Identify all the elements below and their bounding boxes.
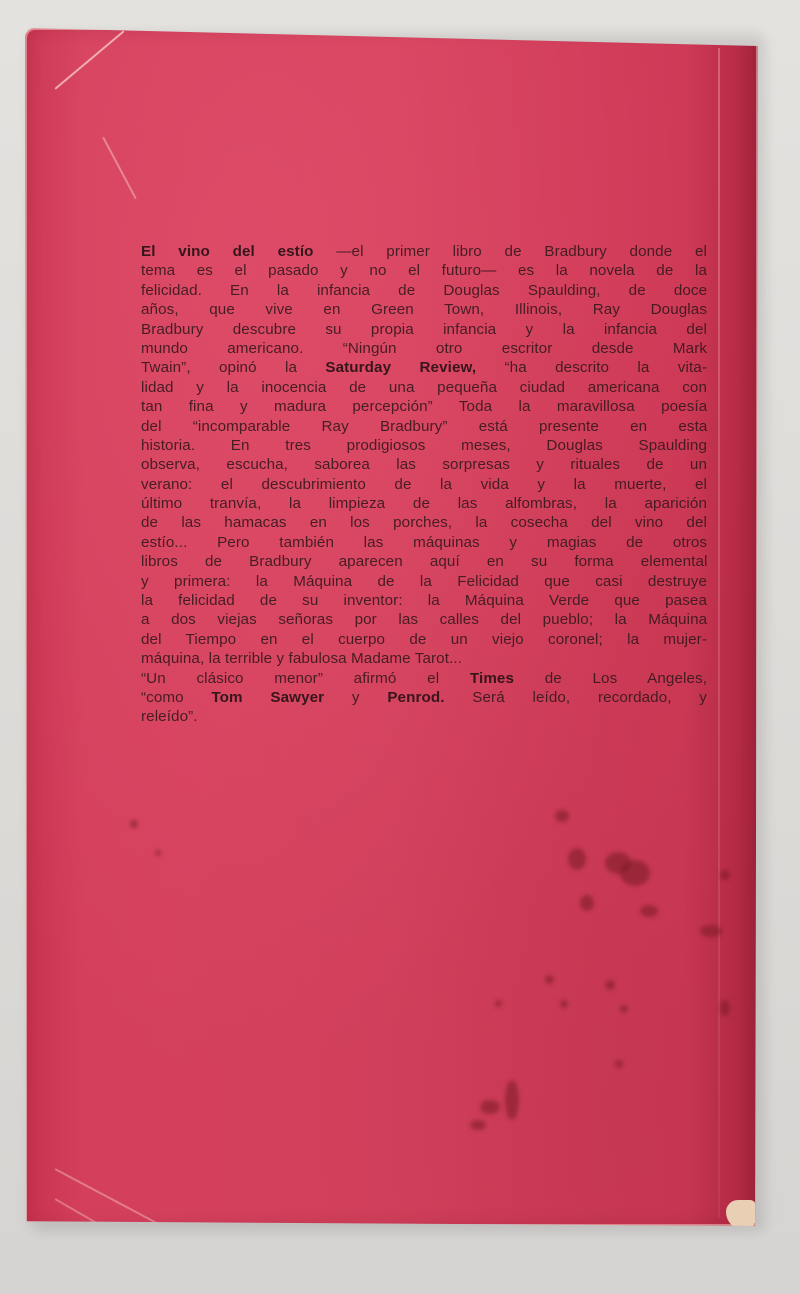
blurb-line: a dos viejas señoras por las calles del … (141, 610, 707, 629)
cover-crack (102, 137, 137, 200)
stain-spot (480, 1100, 500, 1114)
stain-spot (720, 870, 730, 880)
stain-spot (560, 1000, 568, 1008)
blurb-line: estío... Pero también las máquinas y mag… (141, 533, 707, 552)
blurb-line: y primera: la Máquina de la Felicidad qu… (141, 572, 707, 591)
blurb-bold-text: Times (470, 670, 514, 687)
worn-corner (726, 1200, 756, 1230)
stain-spot (720, 1000, 730, 1016)
blurb-line: historia. En tres prodigiosos meses, Dou… (141, 436, 707, 455)
blurb-text: tema es el pasado y no el futuro— es la … (141, 262, 707, 279)
book-back-cover: El vino del estío —el primer libro de Br… (25, 28, 758, 1226)
blurb-line: Bradbury descubre su propia infancia y l… (141, 320, 707, 339)
blurb-line: del “incomparable Ray Bradbury” está pre… (141, 417, 707, 436)
blurb-text: —el primer libro de Bradbury donde el (314, 243, 707, 260)
blurb-text: y primera: la Máquina de la Felicidad qu… (141, 573, 707, 590)
blurb-text: releído”. (141, 708, 198, 725)
blurb-line: la felicidad de su inventor: la Máquina … (141, 591, 707, 610)
blurb-line: años, que vive en Green Town, Illinois, … (141, 300, 707, 319)
blurb-line: El vino del estío —el primer libro de Br… (141, 242, 707, 261)
stain-spot (700, 925, 722, 937)
blurb-text: felicidad. En la infancia de Douglas Spa… (141, 282, 707, 299)
blurb-text: de las hamacas en los porches, la cosech… (141, 514, 707, 531)
stain-spot (580, 895, 594, 911)
blurb-text: máquina, la terrible y fabulosa Madame T… (141, 650, 462, 667)
blurb-line: de las hamacas en los porches, la cosech… (141, 513, 707, 532)
stain-spot (640, 905, 658, 917)
blurb-line: Twain”, opinó la Saturday Review, “ha de… (141, 358, 707, 377)
blurb-text: último tranvía, la limpieza de las alfom… (141, 495, 707, 512)
blurb-line: mundo americano. “Ningún otro escritor d… (141, 339, 707, 358)
blurb-text: la felicidad de su inventor: la Máquina … (141, 592, 707, 609)
blurb-line: tan fina y madura percepción” Toda la ma… (141, 397, 707, 416)
blurb-line: “como Tom Sawyer y Penrod. Será leído, r… (141, 688, 707, 707)
blurb-line: “Un clásico menor” afirmó el Times de Lo… (141, 669, 707, 688)
blurb-text: observa, escucha, saborea las sorpresas … (141, 456, 707, 473)
stain-spot (130, 820, 138, 828)
stain-spot (495, 1000, 502, 1007)
blurb-text: del Tiempo en el cuerpo de un viejo coro… (141, 631, 707, 648)
stain-spot (545, 975, 554, 984)
back-cover-blurb: El vino del estío —el primer libro de Br… (141, 242, 707, 727)
blurb-line: observa, escucha, saborea las sorpresas … (141, 455, 707, 474)
blurb-text: “como (141, 689, 211, 706)
cover-crack (54, 30, 124, 89)
stain-spot (605, 980, 615, 990)
blurb-bold-text: Saturday Review, (325, 359, 476, 376)
blurb-text: del “incomparable Ray Bradbury” está pre… (141, 418, 707, 435)
blurb-text: años, que vive en Green Town, Illinois, … (141, 301, 707, 318)
spine-crease (718, 48, 720, 1218)
blurb-line: releído”. (141, 707, 707, 726)
blurb-line: último tranvía, la limpieza de las alfom… (141, 494, 707, 513)
blurb-line: del Tiempo en el cuerpo de un viejo coro… (141, 630, 707, 649)
blurb-text: Será leído, recordado, y (445, 689, 707, 706)
blurb-text: libros de Bradbury aparecen aquí en su f… (141, 553, 707, 570)
cover-crack (55, 1168, 162, 1226)
blurb-text: “Un clásico menor” afirmó el (141, 670, 470, 687)
blurb-bold-text: El vino del estío (141, 243, 314, 260)
blurb-text: a dos viejas señoras por las calles del … (141, 611, 707, 628)
stain-spot (620, 860, 650, 886)
blurb-text: tan fina y madura percepción” Toda la ma… (141, 398, 707, 415)
blurb-text: verano: el descubrimiento de la vida y l… (141, 476, 707, 493)
blurb-bold-text: Tom Sawyer (211, 689, 324, 706)
blurb-text: estío... Pero también las máquinas y mag… (141, 534, 707, 551)
stain-spot (470, 1120, 486, 1130)
blurb-text: lidad y la inocencia de una pequeña ciud… (141, 379, 707, 396)
blurb-text: Bradbury descubre su propia infancia y l… (141, 321, 707, 338)
photo-scene: El vino del estío —el primer libro de Br… (0, 0, 800, 1294)
stain-spot (568, 848, 586, 870)
blurb-text: de Los Angeles, (514, 670, 707, 687)
blurb-line: tema es el pasado y no el futuro— es la … (141, 261, 707, 280)
blurb-text: y (324, 689, 387, 706)
blurb-text: mundo americano. “Ningún otro escritor d… (141, 340, 707, 357)
blurb-line: lidad y la inocencia de una pequeña ciud… (141, 378, 707, 397)
blurb-bold-text: Penrod. (387, 689, 444, 706)
stain-spot (155, 850, 161, 856)
blurb-text: Twain”, opinó la (141, 359, 325, 376)
blurb-line: máquina, la terrible y fabulosa Madame T… (141, 649, 707, 668)
blurb-text: historia. En tres prodigiosos meses, Dou… (141, 437, 707, 454)
stain-spot (615, 1060, 623, 1068)
blurb-line: felicidad. En la infancia de Douglas Spa… (141, 281, 707, 300)
blurb-text: “ha descrito la vita- (476, 359, 707, 376)
stain-spot (555, 810, 569, 822)
blurb-line: verano: el descubrimiento de la vida y l… (141, 475, 707, 494)
stain-spot (620, 1005, 628, 1013)
stain-spot (505, 1080, 519, 1120)
blurb-line: libros de Bradbury aparecen aquí en su f… (141, 552, 707, 571)
